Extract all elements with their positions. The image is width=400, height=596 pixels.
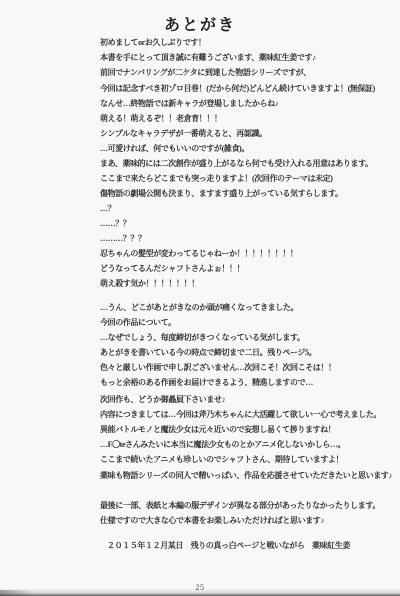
afterword-text-line: ここまで来たらどこまでも突っ走りますよ！(次回作のテーマは未定) (100, 171, 333, 186)
afterword-text-line: 前回でナンバリングが二ケタに到達した物語シリーズですが、 (100, 65, 311, 80)
afterword-text-line: 薬味も物語シリーズの同人で精いっぱい、作品を応援させていただきたいと思います♪ (100, 468, 392, 483)
afterword-text-line: …？ (100, 201, 115, 216)
afterword-text-line: …なぜでしょう、毎度締切がきつくなっている気がします。 (100, 330, 305, 345)
afterword-text-line: 忍ちゃんの髪型が変わってるじゃねーか！！！！！！！！ (100, 246, 298, 261)
afterword-text-line: 本書を手にとって頂き誠に有難うございます、薬味紅生姜です♪ (100, 50, 316, 65)
afterword-text-line: シンプルなキャラデザが一番萌えると、再認識。 (100, 126, 267, 141)
afterword-text-line: 色々と厳しい作画で申し訳ございません…次回こそ！次回こそは！！ (100, 360, 336, 375)
afterword-text-line: 仕様ですので大きな心で本書をお楽しみいただければと思います♪ (100, 513, 324, 528)
afterword-text-line: 初めましてorお久しぶりです！ (100, 35, 206, 50)
afterword-text-line: 次回作も、どうか御贔屓下さいませ♪ (100, 392, 225, 407)
afterword-text-line: …可愛ければ、何でもいいのですが(雑食)。 (100, 141, 249, 156)
afterword-text-line: まあ、薬味的には二次創作が盛り上がるなら何でも受け入れる用意はあります。 (100, 156, 373, 171)
afterword-page: あとがき 初めましてorお久しぶりです！本書を手にとって頂き誠に有難うございます… (0, 0, 400, 596)
page-number: 25 (0, 583, 400, 592)
afterword-text-line: …F〇teさんみたいに本当に魔法少女ものとかアニメ化しないかしら…。 (100, 437, 345, 452)
colophon-line: ２０１５年１２月某日 残りの真っ白ページと戦いながら 薬味紅生姜 (107, 538, 350, 553)
afterword-text-line: ここまで続いたアニメも珍しいのでシャフトさん、期待していますよ！ (100, 452, 343, 467)
afterword-text-line: もっと余裕のある作画をお届けできるよう、精進しますので… (100, 375, 313, 390)
afterword-text-line: 内容につきましては…今回は斧乃木ちゃんに大活躍して欲しい一心で考えました。 (100, 407, 381, 422)
afterword-text-line: 異能バトルモノと魔法少女は元々近いので妄想し易くて捗りますね！ (100, 422, 335, 437)
afterword-text-line: ……？？ (100, 216, 130, 231)
afterword-text-line: 傷物語の劇場公開も決まり、ますます盛り上がっている気すらします。 (100, 186, 343, 201)
afterword-text-line: ………？？？ (100, 231, 146, 246)
afterword-text-line: どうなってるんだシャフトさんよぉ！！！ (100, 261, 244, 276)
afterword-text-line: …うん、どこがあとがきなのか頭が痛くなってきました。 (100, 300, 298, 315)
afterword-text-line: 萌え殺す気か！！！！！！！ (100, 276, 199, 291)
afterword-text-line: 今回は記念すべき初ゾロ目巻！(だから何だ)どんどん続けていきますよ！(無保証) (100, 81, 375, 96)
afterword-body: 初めましてorお久しぶりです！本書を手にとって頂き誠に有難うございます、薬味紅生… (0, 0, 400, 596)
afterword-text-line: 萌える！萌えるぞ！！老倉育！！！ (100, 111, 222, 126)
afterword-text-line: 最後に一部、表紙と本編の服デザインが異なる部分があったりなかったりします。 (100, 498, 380, 513)
afterword-text-line: なんせ…終物語では新キャラが登場しましたからね♪ (100, 96, 278, 111)
afterword-text-line: 今回の作品について。 (100, 315, 176, 330)
afterword-text-line: あとがきを書いている今の時点で締切まで二日。残りページ5。 (100, 345, 316, 360)
